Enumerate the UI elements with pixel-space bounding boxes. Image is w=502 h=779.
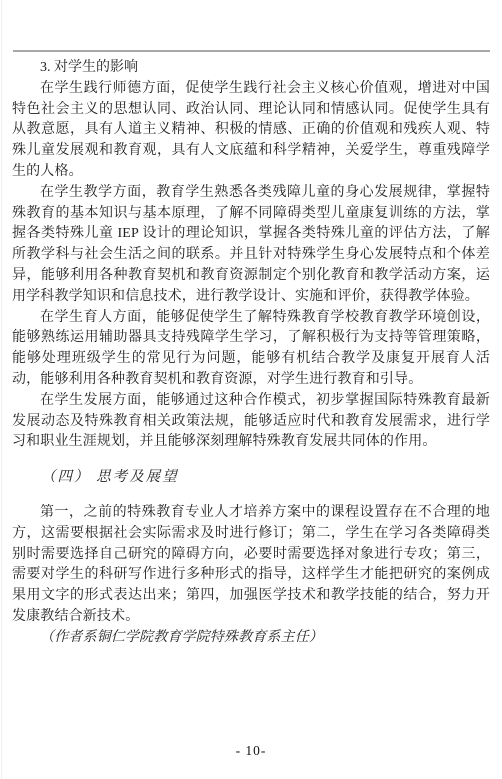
paragraph-educating: 在学生育人方面，能够促使学生了解特殊教育学校教育教学环境创设，能够熟练运用辅助器… bbox=[12, 308, 490, 391]
author-note: （作者系铜仁学院教育学院特殊教育系主任） bbox=[12, 628, 490, 649]
section-heading: 3. 对学生的影响 bbox=[12, 58, 490, 79]
article-body: 3. 对学生的影响 在学生践行师德方面，促使学生践行社会主义核心价值观，增进对中… bbox=[12, 58, 490, 649]
paragraph-development: 在学生发展方面，能够通过这种合作模式，初步掌握国际特殊教育最新发展动态及特殊教育… bbox=[12, 391, 490, 453]
paragraph-outlook: 第一，之前的特殊教育专业人才培养方案中的课程设置存在不合理的地方，这需要根据社会… bbox=[12, 503, 490, 628]
page-number: - 10- bbox=[0, 743, 502, 759]
subsection-heading: （四） 思考及展望 bbox=[12, 467, 490, 488]
document-page: 3. 对学生的影响 在学生践行师德方面，促使学生践行社会主义核心价值观，增进对中… bbox=[0, 0, 502, 779]
paragraph-teacher-ethics: 在学生践行师德方面，促使学生践行社会主义核心价值观，增进对中国特色社会主义的思想… bbox=[12, 79, 490, 183]
header-rule bbox=[13, 50, 490, 52]
page-edge-line bbox=[1, 0, 2, 779]
paragraph-teaching: 在学生教学方面，教育学生熟悉各类残障儿童的身心发展规律，掌握特殊教育的基本知识与… bbox=[12, 183, 490, 308]
